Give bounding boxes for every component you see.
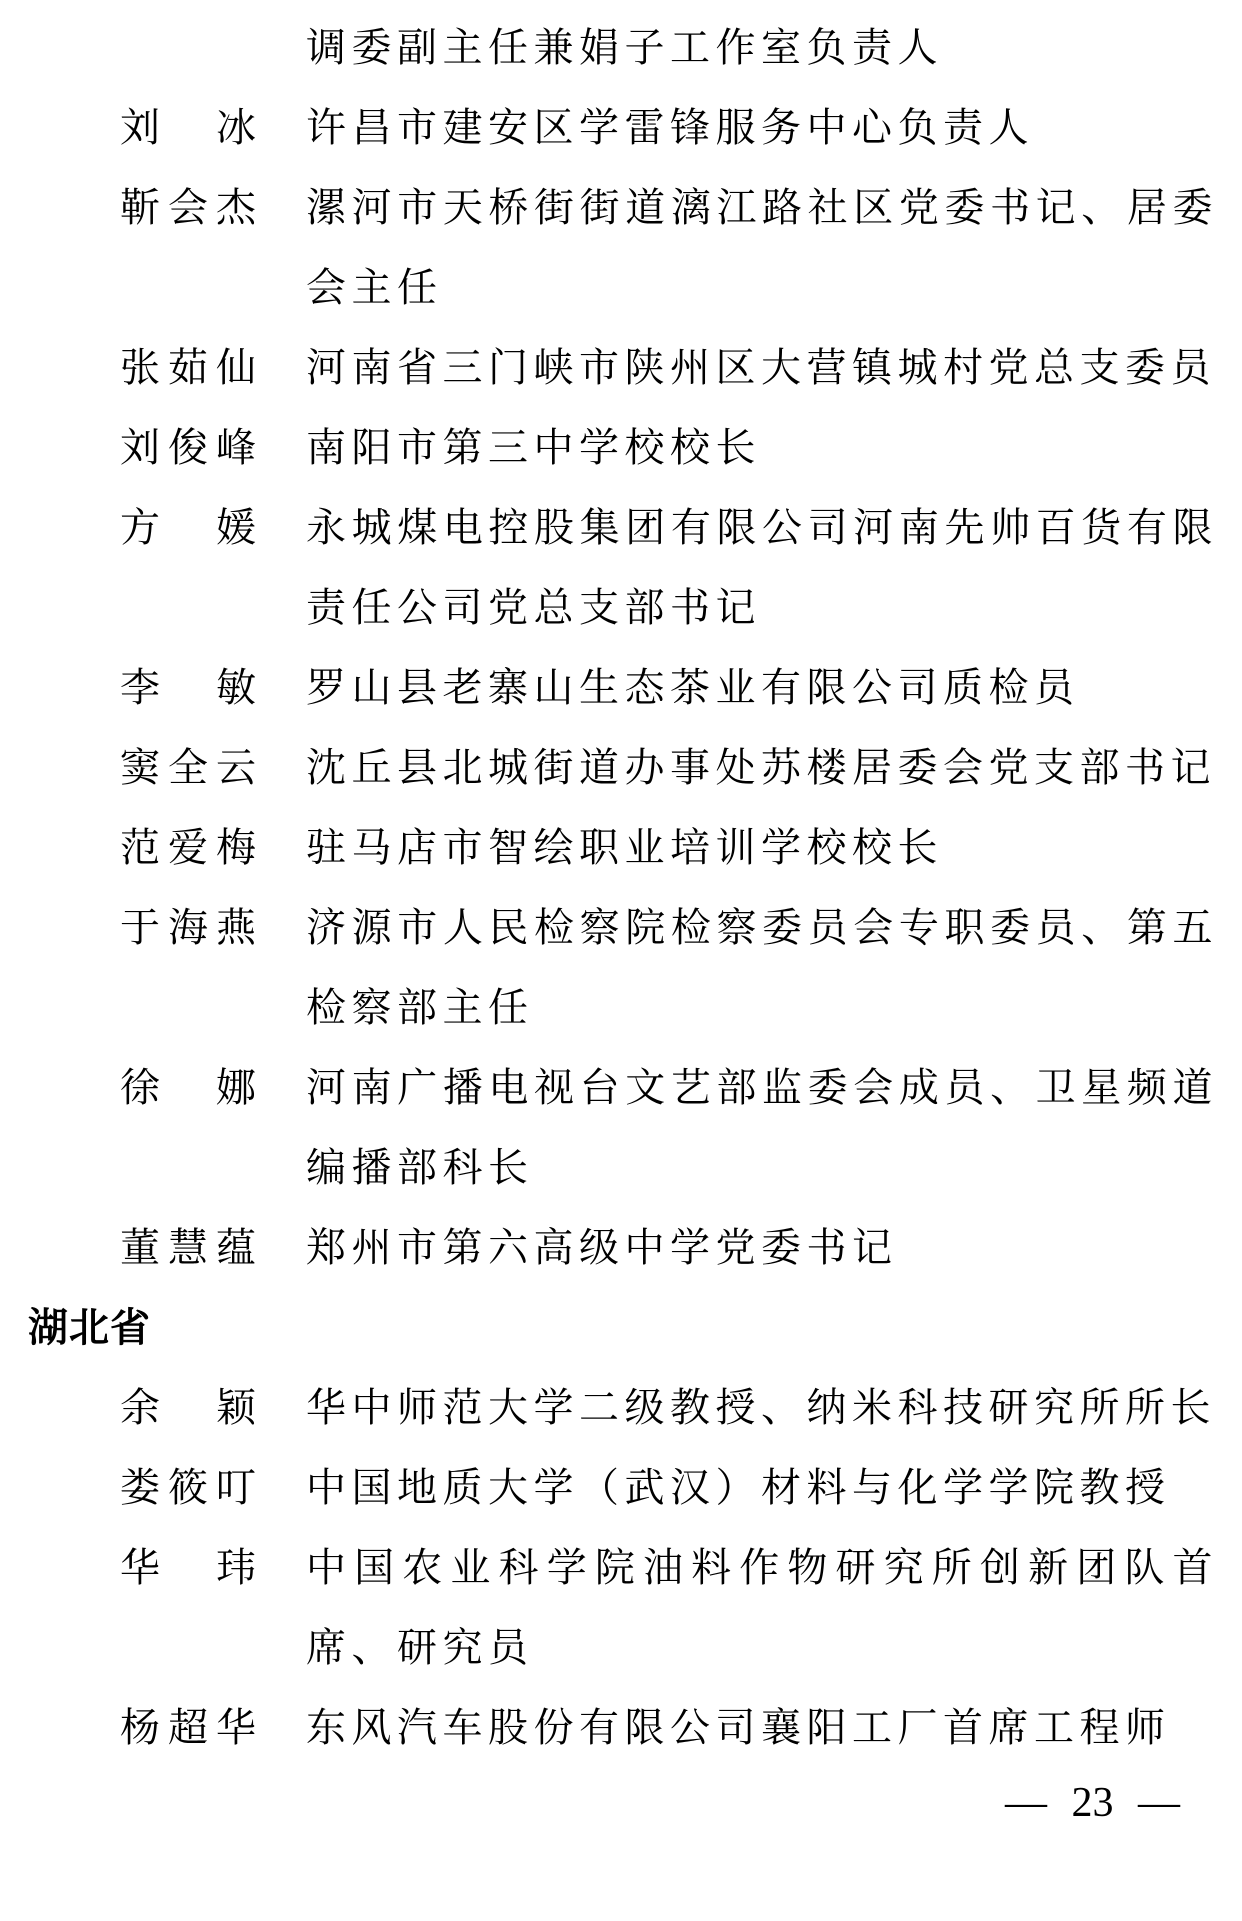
person-name: 刘冰 (120, 88, 256, 168)
person-name: 刘俊峰 (120, 408, 256, 488)
entry-row: 李敏 罗山县老寨山生态茶业有限公司质检员 (0, 648, 1242, 728)
person-name: 董慧蕴 (120, 1208, 256, 1288)
page-number: — 23 — (1005, 1782, 1180, 1824)
person-title: 永城煤电控股集团有限公司河南先帅百货有限责任公司党总支部书记 (306, 488, 1218, 648)
entry-row: 余颖 华中师范大学二级教授、纳米科技研究所所长 (0, 1368, 1242, 1448)
entry-row: 董慧蕴 郑州市第六高级中学党委书记 (0, 1208, 1242, 1288)
person-title: 沈丘县北城街道办事处苏楼居委会党支部书记 (306, 728, 1218, 808)
entry-row-continuation: 调委副主任兼娟子工作室负责人 (0, 8, 1242, 88)
person-title: 河南省三门峡市陕州区大营镇城村党总支委员 (306, 328, 1218, 408)
person-name: 张茹仙 (120, 328, 256, 408)
person-name: 靳会杰 (120, 168, 256, 248)
entry-row: 窦全云 沈丘县北城街道办事处苏楼居委会党支部书记 (0, 728, 1242, 808)
entry-row: 刘冰 许昌市建安区学雷锋服务中心负责人 (0, 88, 1242, 168)
entry-row: 娄筱叮 中国地质大学（武汉）材料与化学学院教授 (0, 1448, 1242, 1528)
entry-row: 杨超华 东风汽车股份有限公司襄阳工厂首席工程师 (0, 1688, 1242, 1768)
person-name: 方媛 (120, 488, 256, 568)
entry-row: 刘俊峰 南阳市第三中学校校长 (0, 408, 1242, 488)
person-title: 许昌市建安区学雷锋服务中心负责人 (306, 88, 1218, 168)
person-title: 调委副主任兼娟子工作室负责人 (306, 8, 1218, 88)
person-name: 余颖 (120, 1368, 256, 1448)
entry-row: 范爱梅 驻马店市智绘职业培训学校校长 (0, 808, 1242, 888)
person-title: 驻马店市智绘职业培训学校校长 (306, 808, 1218, 888)
person-title: 中国农业科学院油料作物研究所创新团队首席、研究员 (306, 1528, 1218, 1688)
person-name: 范爱梅 (120, 808, 256, 888)
person-title: 漯河市天桥街街道漓江路社区党委书记、居委会主任 (306, 168, 1218, 328)
document-body: 调委副主任兼娟子工作室负责人 刘冰 许昌市建安区学雷锋服务中心负责人 靳会杰 漯… (0, 0, 1242, 1768)
person-title: 河南广播电视台文艺部监委会成员、卫星频道编播部科长 (306, 1048, 1218, 1208)
person-name: 华玮 (120, 1528, 256, 1608)
person-name: 于海燕 (120, 888, 256, 968)
entry-row: 华玮 中国农业科学院油料作物研究所创新团队首席、研究员 (0, 1528, 1242, 1688)
person-name: 窦全云 (120, 728, 256, 808)
person-name: 徐娜 (120, 1048, 256, 1128)
person-title: 郑州市第六高级中学党委书记 (306, 1208, 1218, 1288)
person-title: 罗山县老寨山生态茶业有限公司质检员 (306, 648, 1218, 728)
person-title: 华中师范大学二级教授、纳米科技研究所所长 (306, 1368, 1218, 1448)
entry-row: 方媛 永城煤电控股集团有限公司河南先帅百货有限责任公司党总支部书记 (0, 488, 1242, 648)
entry-row: 张茹仙 河南省三门峡市陕州区大营镇城村党总支委员 (0, 328, 1242, 408)
section-header-hubei: 湖北省 (0, 1288, 1242, 1368)
person-name: 杨超华 (120, 1688, 256, 1768)
entry-row: 靳会杰 漯河市天桥街街道漓江路社区党委书记、居委会主任 (0, 168, 1242, 328)
entry-row: 徐娜 河南广播电视台文艺部监委会成员、卫星频道编播部科长 (0, 1048, 1242, 1208)
person-title: 中国地质大学（武汉）材料与化学学院教授 (306, 1448, 1218, 1528)
document-page: 调委副主任兼娟子工作室负责人 刘冰 许昌市建安区学雷锋服务中心负责人 靳会杰 漯… (0, 0, 1242, 1921)
person-title: 济源市人民检察院检察委员会专职委员、第五检察部主任 (306, 888, 1218, 1048)
person-title: 南阳市第三中学校校长 (306, 408, 1218, 488)
entry-row: 于海燕 济源市人民检察院检察委员会专职委员、第五检察部主任 (0, 888, 1242, 1048)
person-name: 娄筱叮 (120, 1448, 256, 1528)
person-title: 东风汽车股份有限公司襄阳工厂首席工程师 (306, 1688, 1218, 1768)
person-name: 李敏 (120, 648, 256, 728)
